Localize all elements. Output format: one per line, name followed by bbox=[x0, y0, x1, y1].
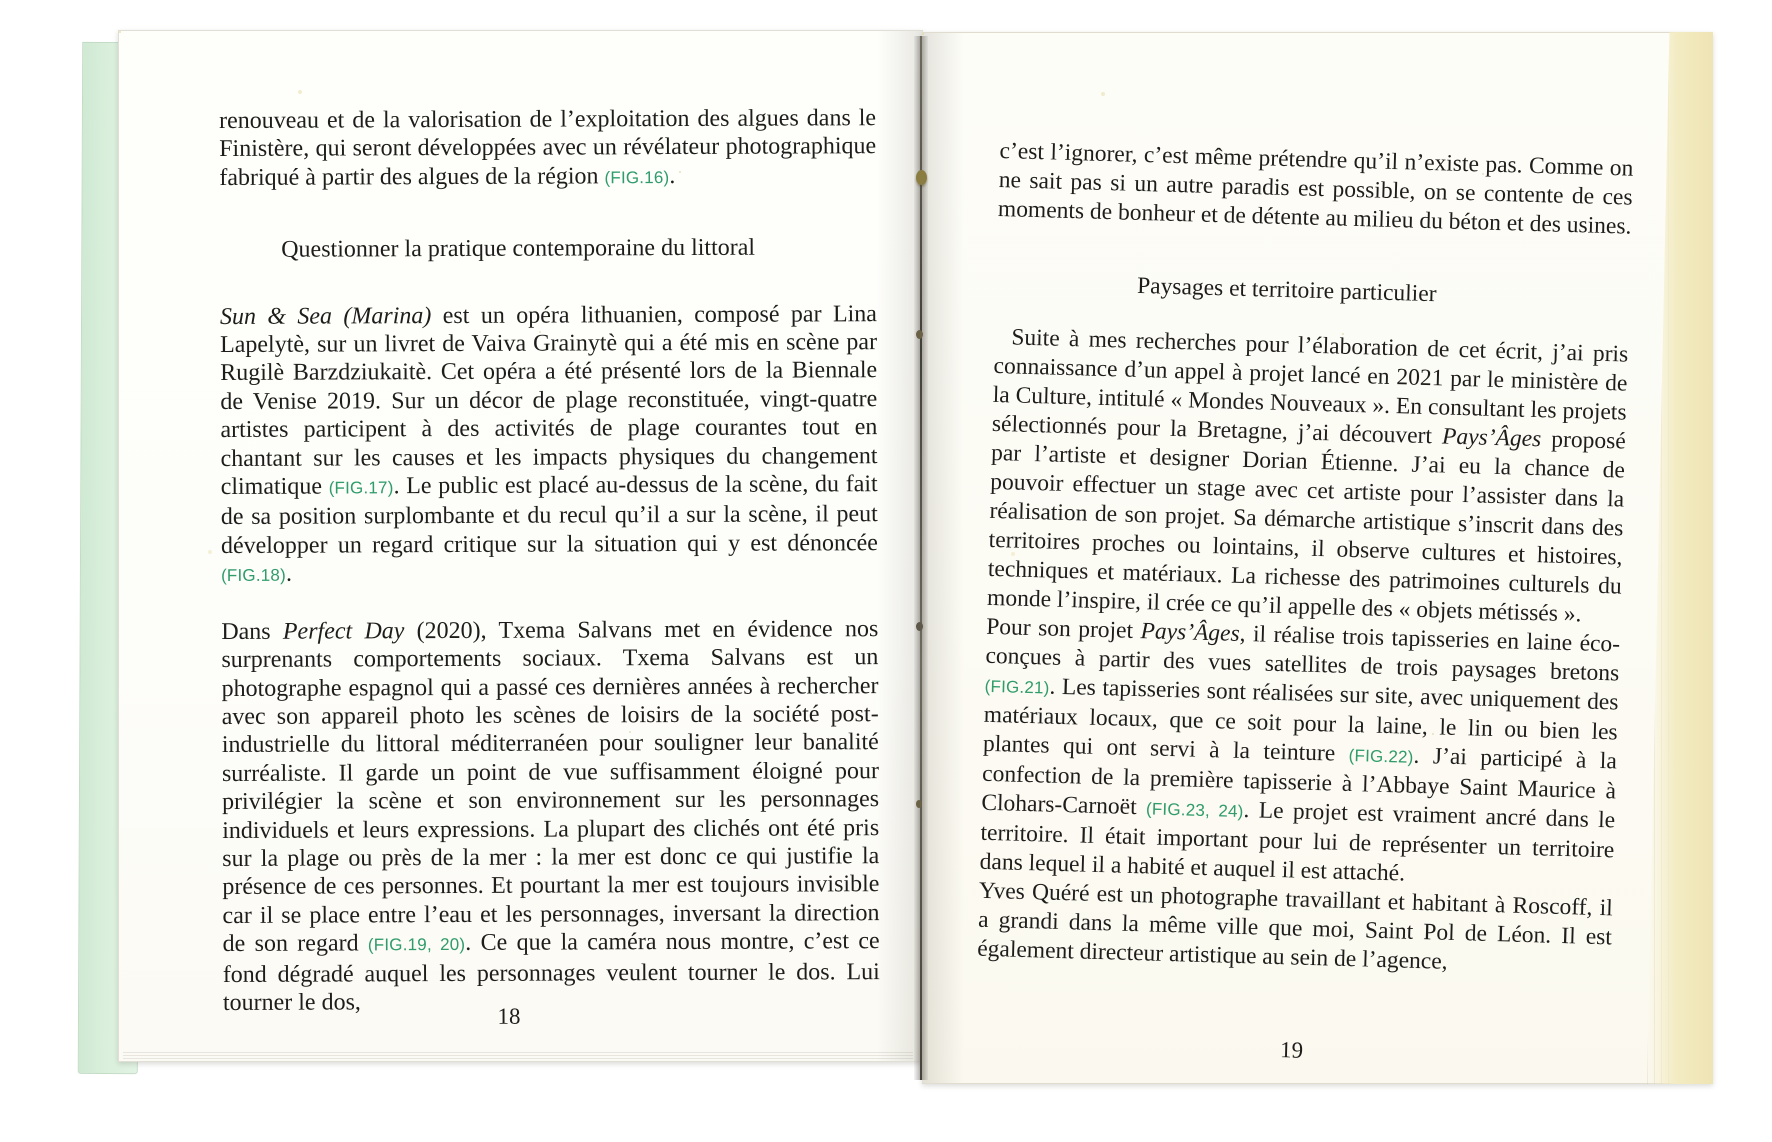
page-number-left: 18 bbox=[223, 1001, 880, 1032]
text-segment: Yves Quéré est un photographe travaillan… bbox=[977, 878, 1613, 975]
page-stack-bottom-edge bbox=[123, 1052, 913, 1061]
binding-stitch bbox=[916, 622, 923, 631]
text-segment: (2020), Txema Salvans met en évidence no… bbox=[221, 616, 879, 957]
binding-stitch bbox=[916, 170, 927, 185]
italic-title: Pays’Âges bbox=[1140, 618, 1240, 647]
figure-reference: (FIG.23, 24) bbox=[1146, 799, 1244, 821]
text-segment: Dans bbox=[221, 618, 283, 644]
figure-reference: (FIG.21) bbox=[984, 677, 1049, 698]
binding-thread bbox=[920, 36, 922, 1080]
page-right-text: c’est l’ignorer, c’est même prétendre qu… bbox=[974, 137, 1634, 1094]
page-stack-fore-edge bbox=[1647, 32, 1713, 1084]
figure-reference: (FIG.18) bbox=[221, 566, 286, 585]
paper-speckles bbox=[922, 33, 924, 35]
text-segment: proposé par l’artiste et designer Dorian… bbox=[987, 426, 1626, 627]
paragraph: Sun & Sea (Marina) est un opéra lithuani… bbox=[220, 300, 878, 591]
paragraph: Dans Perfect Day (2020), Txema Salvans m… bbox=[221, 615, 880, 1018]
text-segment: . bbox=[669, 163, 675, 189]
binding-gutter bbox=[914, 36, 928, 1080]
paragraph: Suite à mes recherches pour l’élaboratio… bbox=[987, 323, 1629, 631]
paragraph: Yves Quéré est un photographe travaillan… bbox=[977, 877, 1613, 982]
paragraph: renouveau et de la valorisation de l’exp… bbox=[219, 104, 876, 194]
text-segment: Questionner la pratique contemporaine du… bbox=[281, 235, 755, 263]
paper-speckles bbox=[119, 31, 121, 33]
italic-title: Pays’Âges bbox=[1442, 423, 1542, 452]
page-left-text: renouveau et de la valorisation de l’exp… bbox=[219, 104, 880, 1047]
binding-stitch bbox=[916, 800, 922, 808]
binding-stitch bbox=[916, 330, 923, 339]
italic-title: Perfect Day bbox=[283, 618, 405, 645]
figure-reference: (FIG.16) bbox=[604, 168, 669, 187]
text-segment: . bbox=[286, 561, 292, 587]
page-right: c’est l’ignorer, c’est même prétendre qu… bbox=[922, 32, 1713, 1084]
section-heading: Questionner la pratique contemporaine du… bbox=[220, 234, 817, 265]
section-heading: Paysages et territoire particulier bbox=[996, 268, 1579, 313]
text-segment: c’est l’ignorer, c’est même prétendre qu… bbox=[998, 138, 1634, 240]
figure-reference: (FIG.22) bbox=[1348, 746, 1413, 767]
figure-reference: (FIG.19, 20) bbox=[368, 935, 465, 954]
figure-reference: (FIG.17) bbox=[329, 478, 394, 497]
paragraph: Pour son projet Pays’Âges, il réalise tr… bbox=[979, 613, 1620, 895]
page-left: renouveau et de la valorisation de l’exp… bbox=[118, 30, 923, 1062]
paragraph: c’est l’ignorer, c’est même prétendre qu… bbox=[998, 137, 1634, 242]
text-segment: Pour son projet bbox=[986, 614, 1141, 644]
text-segment: Paysages et territoire particulier bbox=[1137, 273, 1437, 307]
text-segment: est un opéra lithuanien, composé par Lin… bbox=[220, 301, 878, 500]
text-segment: renouveau et de la valorisation de l’exp… bbox=[219, 105, 876, 191]
italic-title: Sun & Sea (Marina) bbox=[220, 303, 432, 330]
book-spread-scan: renouveau et de la valorisation de l’exp… bbox=[0, 0, 1772, 1142]
page-number-right: 19 bbox=[974, 1027, 1609, 1074]
